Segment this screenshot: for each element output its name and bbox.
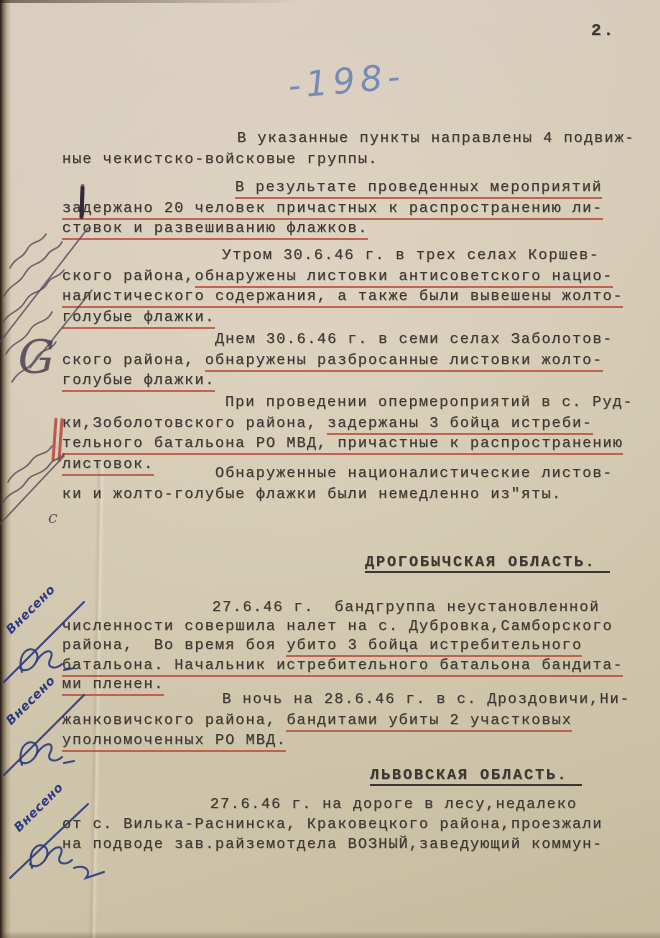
page-top-edge xyxy=(0,0,300,3)
red-underlined-text: налистического содержания, а также были … xyxy=(62,288,623,308)
paragraph-8: В ночь на 28.6.46 г. в с. Дроздовичи,Ни-… xyxy=(62,690,630,752)
red-underlined-text: обнаружены разбросанные листовки жолто- xyxy=(205,352,603,372)
paragraph-2: В результате проведенных мероприятийзаде… xyxy=(62,178,603,240)
typed-text: В ночь на 28.6.46 г. в с. Дроздовичи,Ни- xyxy=(222,691,630,708)
pencil-marginalia-note-2 xyxy=(0,442,80,538)
page-bottom-edge xyxy=(0,931,660,938)
typed-text: Обнаруженные националистические листов- xyxy=(215,465,613,482)
typed-text: 27.6.46 г. бандгруппа неустановленной xyxy=(212,599,600,616)
typed-text: ки,Зоболотовского района, xyxy=(62,415,327,432)
heading-drogobych-oblast: ДРОГОБЫЧСКАЯ ОБЛАСТЬ. xyxy=(365,552,610,574)
red-underlined-text: батальона. Начальник истребительного бат… xyxy=(62,657,623,677)
red-underlined-text: задержаны 3 бойца истреби- xyxy=(327,415,592,435)
red-underlined-text: обнаружены листовки антисоветского нацио… xyxy=(195,268,613,288)
typed-text: ки и жолто-голубые флажки были немедленн… xyxy=(62,486,562,503)
red-underlined-text: тельного батальона РО МВД, причастные к … xyxy=(62,435,623,455)
pencil-mark-g: G xyxy=(18,330,55,384)
typed-text: от с. Вилька-Раснинска, Краковецкого рай… xyxy=(62,816,603,833)
page-number: 2. xyxy=(591,22,615,41)
paragraph-7: 27.6.46 г. бандгруппа неустановленнойчис… xyxy=(62,598,623,694)
red-underlined-text: В результате проведенных мероприятий xyxy=(235,179,602,199)
typed-text: 27.6.46 г. на дороге в лесу,недалеко xyxy=(210,796,577,813)
underlined-heading-text: ДРОГОБЫЧСКАЯ ОБЛАСТЬ. xyxy=(365,554,610,573)
paragraph-9: 27.6.46 г. на дороге в лесу,недалекоот с… xyxy=(62,795,603,855)
typed-text: численности совершила налет на с. Дубров… xyxy=(62,618,613,635)
typed-text: При проведении опермероприятий в с. Руд- xyxy=(225,394,633,411)
typed-text: ные чекистско-войсковые группы. xyxy=(62,151,378,168)
vneseno-note-2: Внесено xyxy=(0,681,110,781)
paragraph-4: Днем 30.6.46 г. в семи селах Заболотов-с… xyxy=(62,330,613,392)
typed-text: на подводе зав.райземотдела ВОЗНЫЙ,завед… xyxy=(62,836,603,853)
underlined-heading-text: ЛЬВОВСКАЯ ОБЛАСТЬ. xyxy=(370,767,582,786)
vneseno-note-3: Внесено xyxy=(8,788,118,888)
pencil-mark-s: с xyxy=(48,508,58,528)
document-page: 2. -198- В указанные пункты направлены 4… xyxy=(0,0,660,938)
vneseno-note-1: Внесено xyxy=(0,590,110,690)
paragraph-3: Утром 30.6.46 г. в трех селах Коршев-ско… xyxy=(62,246,623,328)
typed-text: В указанные пункты направлены 4 подвиж- xyxy=(237,130,635,147)
red-underlined-text: убито 3 бойца истребительного xyxy=(286,637,582,657)
typed-text: Утром 30.6.46 г. в трех селах Коршев- xyxy=(222,247,599,264)
heading-lvov-oblast: ЛЬВОВСКАЯ ОБЛАСТЬ. xyxy=(370,765,582,787)
red-underlined-text: бандитами убиты 2 участковых xyxy=(286,712,572,732)
paragraph-6: Обнаруженные националистические листов-к… xyxy=(62,464,613,505)
paragraph-1: В указанные пункты направлены 4 подвиж-н… xyxy=(62,129,635,170)
paragraph-5: При проведении опермероприятий в с. Руд-… xyxy=(62,393,633,475)
handwritten-page-mark: -198- xyxy=(286,57,406,107)
typed-text: Днем 30.6.46 г. в семи селах Заболотов- xyxy=(215,331,613,348)
red-underlined-text: задержано 20 человек причастных к распро… xyxy=(62,200,603,220)
